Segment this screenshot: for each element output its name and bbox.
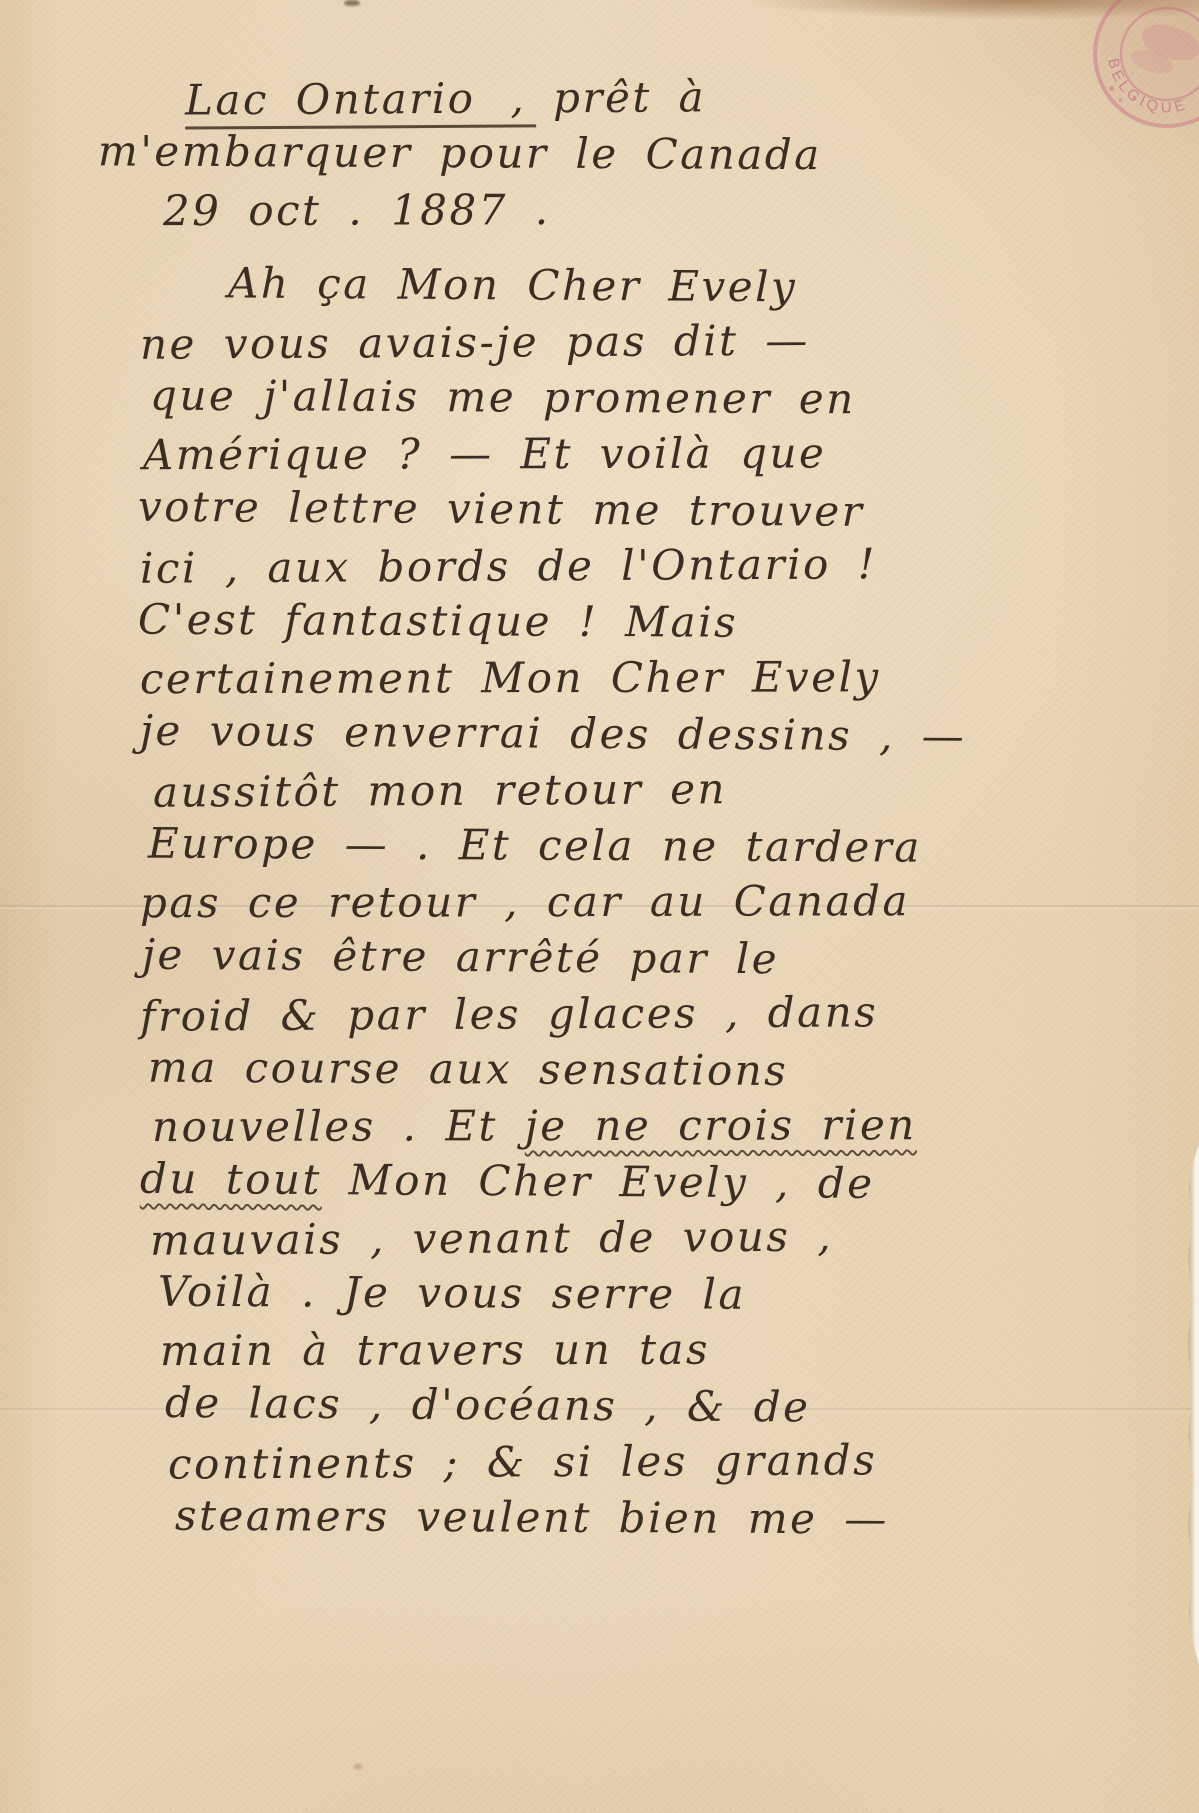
letter-line: je vais être arrêté par le <box>0 926 1199 990</box>
letter-lines: Lac Ontario , prêt àm'embarquer pour le … <box>0 70 1199 1546</box>
letter-line: steamers veulent bien me — <box>0 1487 1199 1549</box>
line-text: certainement Mon Cher Evely <box>140 652 881 703</box>
letter-line: Europe — . Et cela ne tardera <box>0 815 1199 877</box>
letter-line: continents ; & si les grands <box>0 1430 1199 1493</box>
line-text: nouvelles . Et <box>152 1101 525 1151</box>
letter-line: Amérique ? — Et voilà que <box>0 424 1199 483</box>
letter-line: je vous enverrai des dessins , — <box>0 702 1199 766</box>
line-text: votre lettre vient me trouver <box>138 482 865 536</box>
letter-line: main à travers un tas <box>0 1320 1199 1379</box>
letter-line: ma course aux sensations <box>0 1039 1199 1101</box>
letter-line: pas ce retour , car au Canada <box>0 872 1199 931</box>
line-text: mauvais , venant de vous , <box>150 1212 833 1265</box>
line-text: C'est fantastique ! Mais <box>138 595 738 647</box>
line-text: ici , aux bords de l'Ontario ! <box>140 539 877 593</box>
letter-line: Voilà . Je vous serre la <box>0 1263 1199 1325</box>
line-text: m'embarquer pour le Canada <box>98 126 822 179</box>
letter-line: du tout Mon Cher Evely , de <box>0 1150 1199 1214</box>
line-text: ne vous avais-je pas dit — <box>140 316 810 369</box>
line-text: aussitôt mon retour en <box>153 764 727 817</box>
paper-speck <box>352 1762 364 1771</box>
letter-line: votre lettre vient me trouver <box>0 478 1199 542</box>
letter-line: mauvais , venant de vous , <box>0 1206 1199 1269</box>
line-text: de lacs , d'océans , & de <box>165 1378 811 1432</box>
line-text: pas ce retour , car au Canada <box>140 876 910 927</box>
line-text: , prêt à <box>483 72 706 122</box>
line-text: Voilà . Je vous serre la <box>158 1267 746 1319</box>
letter-line: que j'allais me promener en <box>0 367 1199 429</box>
line-text: continents ; & si les grands <box>168 1435 877 1488</box>
underlined-text: je ne crois rien <box>525 1100 917 1152</box>
line-text: je vous enverrai des dessins , — <box>140 706 967 761</box>
letter-line: ici , aux bords de l'Ontario ! <box>0 534 1199 597</box>
letter-line: ne vous avais-je pas dit — <box>0 310 1199 373</box>
letter-line: Lac Ontario , prêt à <box>0 66 1199 129</box>
letter-line: 29 oct . 1887 . <box>0 180 1199 239</box>
letter-line: de lacs , d'océans , & de <box>0 1374 1199 1438</box>
letter-page: BELGIQUE Lac Ontario , prêt àm'embarquer… <box>0 0 1199 1813</box>
line-text: main à travers un tas <box>160 1325 710 1375</box>
line-text: je vais être arrêté par le <box>142 930 779 983</box>
line-text: Amérique ? — Et voilà que <box>143 428 826 479</box>
line-text: steamers veulent bien me — <box>175 1491 889 1544</box>
letter-line: nouvelles . Et je ne crois rien <box>0 1096 1199 1155</box>
ink-speck <box>344 0 360 6</box>
line-text: Mon Cher Evely , de <box>322 1155 875 1208</box>
letter-line: m'embarquer pour le Canada <box>0 123 1199 185</box>
line-text: froid & par les glaces , dans <box>140 987 879 1041</box>
line-text: que j'allais me promener en <box>150 371 856 424</box>
letter-line: C'est fantastique ! Mais <box>0 591 1199 653</box>
line-text: ma course aux sensations <box>148 1043 789 1095</box>
letter-line: Ah ça Mon Cher Evely <box>0 254 1199 318</box>
letter-line: aussitôt mon retour en <box>0 758 1199 821</box>
letter-line: certainement Mon Cher Evely <box>0 648 1199 707</box>
line-text: Europe — . Et cela ne tardera <box>148 819 922 872</box>
line-text: Ah ça Mon Cher Evely <box>228 258 798 311</box>
line-text: 29 oct . 1887 . <box>163 185 551 235</box>
letter-line: froid & par les glaces , dans <box>0 982 1199 1045</box>
underlined-text: du tout <box>140 1154 322 1206</box>
